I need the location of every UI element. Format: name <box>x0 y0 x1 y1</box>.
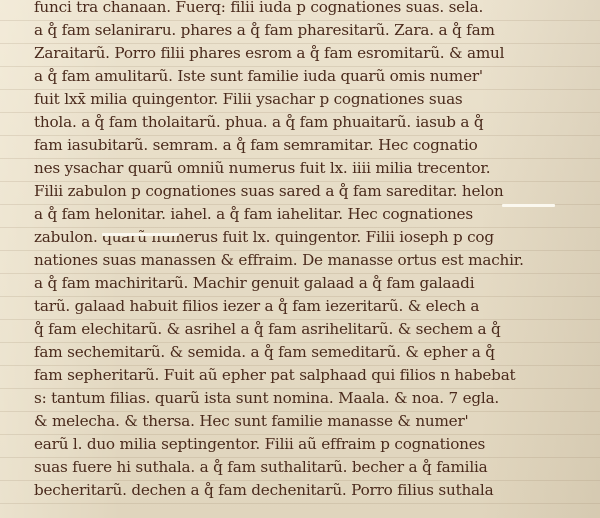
text-line-17: fam sepheritarũ. Fuit aũ epher pat salph… <box>34 366 515 384</box>
text-line-13: a q̊ fam machiritarũ. Machir genuit gala… <box>34 274 474 292</box>
text-line-21: suas fuere hi suthala. a q̊ fam suthalit… <box>34 458 488 476</box>
text-line-8: nes ysachar quarũ omniũ numerus fuit lx.… <box>34 159 490 177</box>
text-line-3: Zaraitarũ. Porro filii phares esrom a q̊… <box>34 44 504 62</box>
text-line-20: earũ l. duo milia septingentor. Filii aũ… <box>34 435 485 453</box>
ruling-line <box>0 503 600 504</box>
text-line-15: q̊ fam elechitarũ. & asrihel a q̊ fam as… <box>34 320 501 338</box>
text-line-9: Filii zabulon p cognationes suas sared a… <box>34 182 503 200</box>
text-line-1: funci tra chanaan. Fuerq: filii iuda p c… <box>34 0 483 16</box>
text-line-12: nationes suas manassen & effraim. De man… <box>34 251 524 269</box>
text-line-4: a q̊ fam amulitarũ. Iste sunt familie iu… <box>34 67 483 85</box>
text-line-2: a q̊ fam selaniraru. phares a q̊ fam pha… <box>34 21 495 39</box>
text-line-7: fam iasubitarũ. semram. a q̊ fam semrami… <box>34 136 478 154</box>
text-line-10: a q̊ fam helonitar. iahel. a q̊ fam iahe… <box>34 205 473 223</box>
text-line-16: fam sechemitarũ. & semida. a q̊ fam seme… <box>34 343 495 361</box>
text-line-11: zabulon. quarũ numerus fuit lx. quingent… <box>34 228 494 246</box>
manuscript-page: funci tra chanaan. Fuerq: filii iuda p c… <box>0 0 600 518</box>
text-line-5: fuit lxx̄ milia quingentor. Filii ysacha… <box>34 90 463 108</box>
text-line-14: tarũ. galaad habuit filios iezer a q̊ fa… <box>34 297 479 315</box>
text-line-6: thola. a q̊ fam tholaitarũ. phua. a q̊ f… <box>34 113 483 131</box>
text-line-19: & melecha. & thersa. Hec sunt familie ma… <box>34 412 469 430</box>
underline-helon-line-9 <box>502 204 555 207</box>
text-line-22: becheritarũ. dechen a q̊ fam dechenitarũ… <box>34 481 493 499</box>
underline-helon-line-10 <box>102 233 179 236</box>
text-line-18: s: tantum filias. quarũ ista sunt nomina… <box>34 389 499 407</box>
